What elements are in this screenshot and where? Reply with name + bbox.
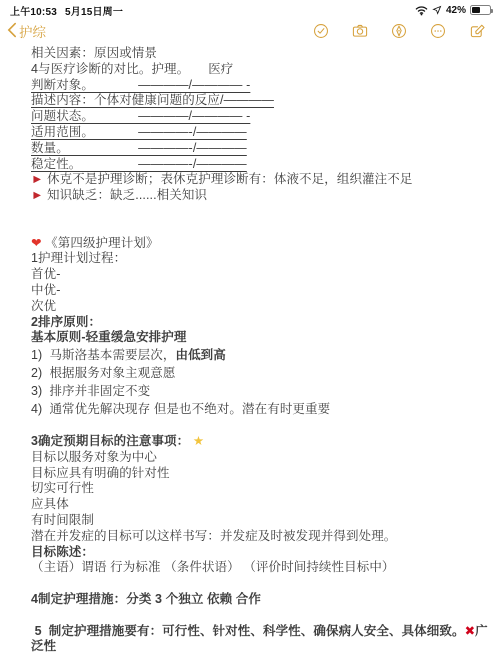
note-line: ► 休克不是护理诊断；表休克护理诊断有：体液不足，组织灌注不足 — [31, 172, 500, 188]
check-circle-icon[interactable] — [312, 22, 330, 40]
location-arrow-icon — [432, 5, 442, 15]
note-text: 4与医疗诊断的对比。护理。 医疗 — [31, 62, 233, 76]
note-line: 目标以服务对象为中心 — [31, 450, 500, 466]
nav-bar: 护综 — [0, 17, 500, 45]
back-button[interactable]: 护综 — [6, 21, 46, 41]
status-time: 上午10:53 — [10, 3, 57, 18]
note-text: 相关因素：原因或情景 — [31, 46, 157, 60]
back-label: 护综 — [19, 21, 46, 41]
note-line: 适用范围。 ————-/———— — [31, 125, 500, 141]
note-line: 切实可行性 — [31, 481, 500, 497]
note-line: 问题状态。 ————/———— - — [31, 109, 500, 125]
note-text: 描述内容：个体对健康问题的反应/———— — [31, 93, 274, 107]
note-line: 1护理计划过程： — [31, 251, 500, 267]
note-line: 有时间限制 — [31, 513, 500, 529]
note-line: 中优- — [31, 283, 500, 299]
note-text: 目标应具有明确的针对性 — [31, 466, 170, 480]
notes-app-window: 上午10:53 5月15日周一 42% — [0, 0, 500, 655]
note-text: 泛性 — [31, 639, 56, 653]
note-text: 有时间限制 — [31, 513, 94, 527]
note-text: 适用范围。 ————-/———— — [31, 125, 247, 139]
note-line: 描述内容：个体对健康问题的反应/———— — [31, 93, 500, 109]
wifi-icon — [415, 5, 428, 16]
note-text: 4) 通常优先解决现存 但是也不绝对。潜在有时更重要 — [31, 402, 330, 416]
note-line: 泛性 — [31, 639, 500, 655]
note-text: 目标陈述： — [31, 545, 94, 559]
more-icon[interactable] — [429, 22, 447, 40]
red-arrow-icon: ► — [31, 172, 47, 186]
note-line: 5 制定护理措施要有：可行性、针对性、科学性、确保病人安全、具体细致。✖广 — [31, 624, 500, 640]
note-text: 5 制定护理措施要有：可行性、针对性、科学性、确保病人安全、具体细致。 — [31, 624, 465, 638]
battery-icon — [470, 5, 491, 15]
compose-icon[interactable] — [468, 22, 486, 40]
note-text: 3) 排序并非固定不变 — [31, 384, 150, 398]
note-text: 3确定预期目标的注意事项： — [31, 434, 193, 448]
red-arrow-icon: ► — [31, 188, 47, 202]
note-line: 1) 马斯洛基本需要层次，由低到高 — [31, 346, 500, 364]
note-blank-line — [31, 204, 500, 220]
note-line: 判断对象。 ————/———— - — [31, 78, 500, 94]
note-line: 应具体 — [31, 497, 500, 513]
note-line: 基本原则-轻重缓急安排护理 — [31, 330, 500, 346]
note-text: 中优- — [31, 283, 60, 297]
glowing-star-icon: ★ — [193, 434, 204, 448]
note-line: 3确定预期目标的注意事项： ★ — [31, 434, 500, 450]
note-text: 问题状态。 ————/———— - — [31, 109, 250, 123]
red-heart-icon: ❤ — [31, 236, 45, 250]
note-line: 4与医疗诊断的对比。护理。 医疗 — [31, 62, 500, 78]
note-text: 数量。 ————-/———— — [31, 141, 247, 155]
note-line: ❤ 《第四级护理计划》 — [31, 236, 500, 252]
toolbar-icons — [312, 22, 486, 40]
note-line: 潜在并发症的目标可以这样书写：并发症及时被发现并得到处理。 — [31, 529, 500, 545]
cross-mark-icon: ✖ — [465, 624, 476, 638]
note-text: 知识缺乏：缺乏......相关知识 — [47, 188, 207, 202]
note-text: 基本原则-轻重缓急安排护理 — [31, 330, 186, 344]
note-blank-line — [31, 220, 500, 236]
note-text: 广 — [475, 624, 488, 638]
note-line: 4) 通常优先解决现存 但是也不绝对。潜在有时更重要 — [31, 400, 500, 418]
note-text: 切实可行性 — [31, 481, 94, 495]
note-line: 目标应具有明确的针对性 — [31, 466, 500, 482]
note-line: 首优- — [31, 267, 500, 283]
note-text: 应具体 — [31, 497, 69, 511]
note-blank-line — [31, 576, 500, 592]
note-line: 4制定护理措施：分类 3 个独立 依赖 合作 — [31, 592, 500, 608]
markup-icon[interactable] — [390, 22, 408, 40]
status-date: 5月15日周一 — [65, 3, 123, 18]
note-text: 1护理计划过程： — [31, 251, 126, 265]
note-text: 2) 根据服务对象主观意愿 — [31, 366, 175, 380]
note-text: 休克不是护理诊断；表休克护理诊断有：体液不足，组织灌注不足 — [47, 172, 412, 186]
note-text: 判断对象。 ————/———— - — [31, 78, 250, 92]
note-line: 稳定性。 ————-/———— — [31, 157, 500, 173]
status-time-date: 上午10:53 5月15日周一 — [10, 3, 123, 18]
note-text: 首优- — [31, 267, 60, 281]
note-line: 3) 排序并非固定不变 — [31, 382, 500, 400]
note-text: 4制定护理措施：分类 3 个独立 依赖 合作 — [31, 592, 261, 606]
note-text: 由低到高 — [175, 348, 225, 362]
chevron-left-icon — [6, 22, 18, 41]
note-text: 目标以服务对象为中心 — [31, 450, 157, 464]
note-line: 相关因素：原因或情景 — [31, 46, 500, 62]
note-text: 潜在并发症的目标可以这样书写：并发症及时被发现并得到处理。 — [31, 529, 396, 543]
note-body[interactable]: 相关因素：原因或情景4与医疗诊断的对比。护理。 医疗判断对象。 ————/———… — [31, 46, 500, 655]
note-text: （主语）谓语 行为标准 （条件状语） （评价时间持续性目标中） — [31, 560, 395, 574]
note-text: 《第四级护理计划》 — [45, 236, 158, 250]
note-line: ► 知识缺乏：缺乏......相关知识 — [31, 188, 500, 204]
note-line: 2) 根据服务对象主观意愿 — [31, 364, 500, 382]
note-line: 目标陈述： — [31, 545, 500, 561]
note-line: 2排序原则： — [31, 315, 500, 331]
note-line: （主语）谓语 行为标准 （条件状语） （评价时间持续性目标中） — [31, 560, 500, 576]
note-text: 次优 — [31, 299, 56, 313]
status-bar: 上午10:53 5月15日周一 42% — [0, 0, 500, 17]
battery-percent: 42% — [446, 5, 466, 16]
note-blank-line — [31, 608, 500, 624]
note-line: 次优 — [31, 299, 500, 315]
note-line: 数量。 ————-/———— — [31, 141, 500, 157]
note-blank-line — [31, 418, 500, 434]
camera-icon[interactable] — [351, 22, 369, 40]
note-text: 1) 马斯洛基本需要层次， — [31, 348, 175, 362]
note-text: 2排序原则： — [31, 315, 101, 329]
note-text: 稳定性。 ————-/———— — [31, 157, 247, 171]
